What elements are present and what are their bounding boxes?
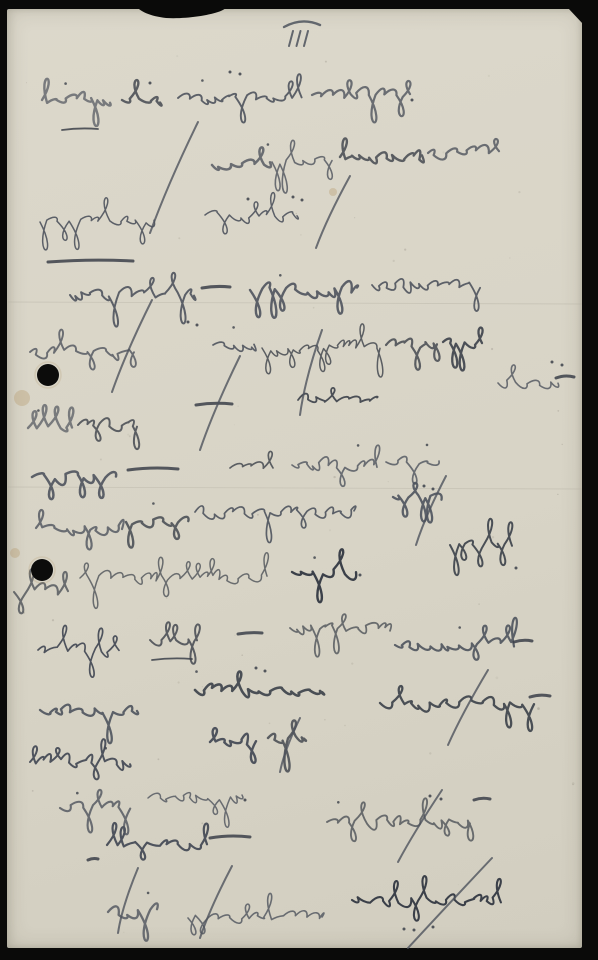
handwriting-word xyxy=(107,823,208,860)
handwriting-line xyxy=(30,324,483,377)
paper-speckle xyxy=(572,782,575,785)
page-number xyxy=(284,21,320,46)
ink-underline xyxy=(62,128,98,130)
paper-speckle xyxy=(329,529,331,531)
paper-speckle xyxy=(488,75,490,77)
ink-flourish-stroke xyxy=(112,300,152,392)
handwriting-word xyxy=(292,549,356,602)
paper-speckle xyxy=(257,514,259,516)
paper-speckle xyxy=(100,459,102,461)
handwriting-word xyxy=(443,328,483,371)
paper-speckle xyxy=(178,237,180,239)
ink-dot xyxy=(515,567,518,570)
handwriting-line xyxy=(40,193,298,250)
paper-speckle xyxy=(12,771,13,772)
paper-speckle xyxy=(296,213,297,214)
paper-speckle xyxy=(26,82,27,83)
handwriting-word xyxy=(70,273,196,327)
handwriting-word xyxy=(28,405,73,431)
ink-dot xyxy=(104,747,107,750)
handwriting-line xyxy=(30,720,306,779)
handwriting-word xyxy=(262,324,383,377)
ink-dash xyxy=(474,798,490,800)
paper-speckle xyxy=(509,257,510,258)
paper-speckle xyxy=(537,707,540,710)
paper-speckle xyxy=(129,435,131,437)
handwriting-word xyxy=(38,625,119,677)
paper-speckle xyxy=(404,249,406,251)
handwriting-word xyxy=(36,510,124,549)
clipped-corner xyxy=(568,8,583,24)
paper-speckle xyxy=(127,434,129,436)
ink-dash xyxy=(514,640,532,642)
paper-speckle xyxy=(351,663,353,665)
handwriting-word xyxy=(210,728,256,763)
handwriting-word xyxy=(327,798,473,841)
ink-dot xyxy=(196,324,199,327)
paper-speckle xyxy=(176,55,178,57)
handwriting-word xyxy=(372,279,480,311)
ink-dot xyxy=(561,364,564,367)
handwriting-word xyxy=(60,790,130,834)
paper-speckle xyxy=(237,405,239,407)
paper-speckle xyxy=(313,307,315,309)
ink-dot xyxy=(64,82,67,85)
punch-hole xyxy=(31,559,53,581)
ink-dash xyxy=(196,403,232,405)
ink-dot xyxy=(440,798,443,801)
paper-speckle xyxy=(32,790,34,792)
paper-speckle xyxy=(241,654,243,656)
ink-dot xyxy=(413,929,416,932)
ink-dot xyxy=(423,485,426,488)
paper-speckle xyxy=(123,932,124,933)
ink-dash xyxy=(88,859,98,860)
ink-dot xyxy=(279,274,282,277)
paper-speckle xyxy=(325,61,327,63)
handwriting-word xyxy=(298,388,378,402)
ink-dot xyxy=(152,502,155,505)
handwriting-word xyxy=(386,339,440,370)
handwriting-word xyxy=(195,506,356,543)
handwriting-word xyxy=(230,451,273,468)
ink-dot xyxy=(292,196,295,199)
fold-crease xyxy=(8,302,582,304)
handwriting-word xyxy=(340,138,424,163)
handwriting-word xyxy=(148,793,243,828)
paper-speckle xyxy=(492,536,494,538)
paper-speckle xyxy=(393,260,395,262)
paper-stain xyxy=(10,548,20,558)
ink-dot xyxy=(247,198,250,201)
ink-dash xyxy=(128,468,178,470)
paper-tear xyxy=(134,4,230,18)
paper-speckle xyxy=(202,686,203,687)
handwriting-word xyxy=(213,342,256,351)
ink-dot xyxy=(229,71,232,74)
handwriting-line xyxy=(36,483,442,550)
paper-speckle xyxy=(442,151,444,153)
handwriting-word xyxy=(30,739,131,779)
handwriting-word xyxy=(352,876,501,921)
paper-speckle xyxy=(178,681,180,683)
ink-dot xyxy=(239,73,242,76)
ink-dot xyxy=(187,321,190,324)
ink-dot xyxy=(426,444,429,447)
ink-dot xyxy=(201,79,204,82)
ink-dash xyxy=(210,836,250,838)
ink-dot xyxy=(149,82,152,85)
ink-dash xyxy=(48,260,133,262)
ink-dash xyxy=(530,695,550,697)
handwriting-word xyxy=(178,74,302,122)
ink-dot xyxy=(37,409,40,412)
ink-dot xyxy=(76,792,79,795)
handwriting-word xyxy=(498,365,559,389)
ink-dot xyxy=(357,444,360,447)
paper-stain xyxy=(329,188,337,196)
ink-dot xyxy=(432,926,435,929)
ink-dot xyxy=(232,326,235,329)
paper-speckle xyxy=(388,481,389,482)
ink-dot xyxy=(337,801,340,804)
paper-speckle xyxy=(324,719,325,720)
ink-dot xyxy=(359,574,362,577)
paper-speckle xyxy=(158,758,160,760)
handwriting-word xyxy=(290,614,391,657)
handwriting-line xyxy=(42,74,410,130)
ink-flourish-stroke xyxy=(150,122,198,233)
handwriting-word xyxy=(40,705,138,744)
handwriting-word xyxy=(250,281,358,318)
ink-dot xyxy=(301,199,304,202)
handwriting-word xyxy=(42,79,111,126)
handwriting-word xyxy=(395,618,517,660)
paper-speckle xyxy=(496,677,499,680)
handwriting-word xyxy=(195,672,324,698)
ink-flourish-stroke xyxy=(118,868,138,933)
paper-speckle xyxy=(562,444,563,445)
handwriting-word xyxy=(312,80,410,122)
handwriting-word xyxy=(205,193,298,234)
handwriting-word xyxy=(78,418,139,449)
handwriting-line xyxy=(70,273,480,327)
handwriting-word xyxy=(40,198,155,250)
paper-speckle xyxy=(354,217,355,218)
ink-dot xyxy=(429,795,432,798)
paper-speckle xyxy=(429,752,431,754)
handwriting-line xyxy=(212,138,499,193)
paper-stain xyxy=(14,390,30,406)
handwriting-word xyxy=(292,445,380,486)
ink-dot xyxy=(313,556,316,559)
ink-dash xyxy=(556,376,574,378)
ink-dash xyxy=(202,286,230,288)
ink-flourish-stroke xyxy=(200,866,232,938)
paper-speckle xyxy=(234,424,235,425)
handwriting-word xyxy=(32,472,116,500)
ink-underline xyxy=(152,658,192,660)
handwriting-word xyxy=(386,457,439,484)
paper-speckle xyxy=(518,191,520,193)
scanned-letter: III was ich erwähnen solle. Ist das nich… xyxy=(0,0,598,960)
paper-speckle xyxy=(52,619,54,621)
ink-flourish-stroke xyxy=(316,176,350,248)
handwriting-line xyxy=(38,614,532,677)
handwriting-word xyxy=(126,517,189,548)
handwriting-word xyxy=(108,903,158,940)
handwriting-word xyxy=(428,139,499,160)
handwriting-line xyxy=(48,260,133,262)
handwriting-line xyxy=(32,444,439,500)
handwriting-line xyxy=(108,876,501,941)
paper-speckle xyxy=(491,348,493,350)
punch-hole xyxy=(37,364,59,386)
handwriting-word xyxy=(122,80,162,106)
handwriting-word xyxy=(212,147,271,169)
ink-dot xyxy=(147,892,150,895)
fold-crease xyxy=(8,487,582,489)
handwriting-word xyxy=(272,140,332,193)
paper-speckle xyxy=(201,822,203,824)
paper-speckle xyxy=(166,598,167,599)
handwriting-word xyxy=(80,553,268,609)
paper-speckle xyxy=(269,723,271,725)
paper-speckle xyxy=(333,476,335,478)
ink-dot xyxy=(267,143,270,146)
ink-dot xyxy=(244,799,247,802)
ink-dot xyxy=(411,99,414,102)
ink-flourish-stroke xyxy=(408,858,492,948)
ink-dot xyxy=(458,626,461,629)
paper-speckle xyxy=(557,494,558,495)
ink-dash xyxy=(238,633,262,634)
handwriting-word xyxy=(30,330,136,370)
paper-speckle xyxy=(344,725,346,727)
paper-speckle xyxy=(478,603,480,605)
paper-speckle xyxy=(458,884,459,885)
ink-dot xyxy=(195,670,198,673)
paper-speckle xyxy=(234,635,235,636)
ink-dot xyxy=(551,361,554,364)
ink-dot xyxy=(432,488,435,491)
ink-dot xyxy=(264,670,267,673)
ink-dot xyxy=(255,667,258,670)
ink-dot xyxy=(403,928,406,931)
paper-speckle xyxy=(557,410,559,412)
handwriting-line xyxy=(60,790,243,834)
handwriting-layer xyxy=(0,0,598,960)
handwriting-word xyxy=(450,519,512,575)
paper-speckle xyxy=(300,234,301,235)
